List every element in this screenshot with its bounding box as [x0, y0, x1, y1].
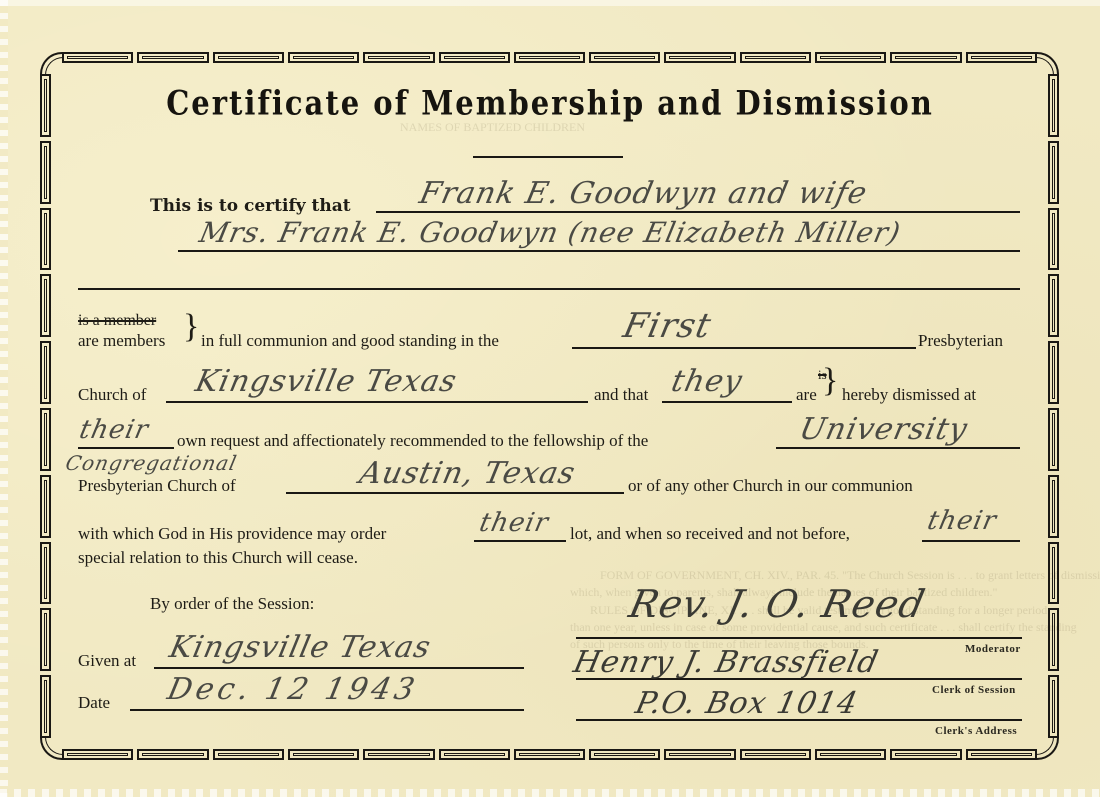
- receiving-location: Austin, Texas: [356, 456, 579, 491]
- pronoun-relation: their: [925, 506, 1000, 536]
- border-segment: [363, 749, 434, 760]
- border-segment: [40, 208, 51, 271]
- given-at-label: Given at: [78, 651, 136, 671]
- communion-tail-text: or of any other Church in our communion: [628, 476, 913, 496]
- brace-glyph: }: [822, 362, 838, 400]
- receiving-church-line[interactable]: [776, 447, 1020, 449]
- border-segment: [1048, 141, 1059, 204]
- border-segment: [439, 749, 510, 760]
- border-segment: [1048, 475, 1059, 538]
- communion-text: in full communion and good standing in t…: [201, 331, 499, 351]
- border-segment: [514, 749, 585, 760]
- border-segment: [740, 52, 811, 63]
- pronoun-relation-line[interactable]: [922, 540, 1020, 542]
- border-segment: [40, 675, 51, 738]
- border-segment: [40, 341, 51, 404]
- member-option-plural: are members: [78, 331, 165, 351]
- border-segment: [1048, 408, 1059, 471]
- pronoun-own-line[interactable]: [78, 447, 174, 449]
- border-segment: [40, 274, 51, 337]
- border-segment: [1048, 274, 1059, 337]
- pronoun-subject: they: [668, 364, 746, 399]
- border-segment: [815, 52, 886, 63]
- pronoun-lot: their: [477, 508, 552, 538]
- denomination-church-of-label: Presbyterian Church of: [78, 476, 236, 496]
- church-name: First: [620, 306, 715, 346]
- member-name-line-3[interactable]: [78, 288, 1020, 290]
- given-at-line[interactable]: [154, 667, 524, 669]
- receiving-location-line[interactable]: [286, 492, 624, 494]
- border-segment: [514, 52, 585, 63]
- pronoun-lot-line[interactable]: [474, 540, 566, 542]
- member-option-singular: is a member: [78, 312, 156, 330]
- church-location: Kingsville Texas: [192, 364, 460, 399]
- given-at-value: Kingsville Texas: [166, 630, 434, 665]
- providence-text: with which God in His providence may ord…: [78, 524, 386, 544]
- pronoun-line[interactable]: [662, 401, 792, 403]
- member-name-1: Frank E. Goodwyn and wife: [416, 176, 870, 211]
- member-name-line-1[interactable]: [376, 211, 1020, 213]
- verb-option-are: are: [796, 385, 817, 405]
- border-segment: [966, 52, 1037, 63]
- denomination-label: Presbyterian: [918, 331, 1003, 351]
- church-name-line[interactable]: [572, 347, 916, 349]
- border-segment: [40, 141, 51, 204]
- border-segment: [62, 52, 133, 63]
- border-segment: [966, 749, 1037, 760]
- perforated-edge-bottom: [0, 789, 1100, 797]
- border-segment: [40, 475, 51, 538]
- title-divider: [473, 156, 623, 158]
- date-label: Date: [78, 693, 110, 713]
- border-segment: [137, 749, 208, 760]
- border-segment: [890, 749, 961, 760]
- border-segment: [740, 749, 811, 760]
- border-segment: [664, 52, 735, 63]
- border-segment: [664, 749, 735, 760]
- border-segment: [363, 52, 434, 63]
- moderator-signature: Rev. J. O. Reed: [625, 582, 929, 626]
- border-segment: [815, 749, 886, 760]
- border-segment: [40, 542, 51, 605]
- border-segment: [589, 52, 660, 63]
- request-text: own request and affectionately recommend…: [177, 431, 648, 451]
- certify-label: This is to certify that: [150, 196, 351, 216]
- cease-text: special relation to this Church will cea…: [78, 548, 358, 568]
- clerk-signature: Henry J. Brassfield: [570, 645, 882, 680]
- moderator-label: Moderator: [965, 643, 1021, 655]
- border-segment: [288, 749, 359, 760]
- and-that-label: and that: [594, 385, 648, 405]
- border-segment: [213, 749, 284, 760]
- date-value: Dec. 12 1943: [164, 672, 421, 707]
- border-segment: [1048, 675, 1059, 738]
- certificate-title: Certificate of Membership and Dismission: [0, 83, 1100, 122]
- border-segment: [40, 608, 51, 671]
- border-segment: [213, 52, 284, 63]
- border-segment: [1048, 341, 1059, 404]
- border-segment: [1048, 608, 1059, 671]
- church-of-label: Church of: [78, 385, 146, 405]
- dismissed-text: hereby dismissed at: [842, 385, 976, 405]
- church-location-line[interactable]: [166, 401, 588, 403]
- border-segment: [1048, 208, 1059, 271]
- brace-glyph: }: [183, 308, 199, 346]
- session-order-label: By order of the Session:: [150, 594, 314, 614]
- border-segment: [890, 52, 961, 63]
- clerk-label: Clerk of Session: [932, 684, 1016, 696]
- paper-edge: [0, 0, 1100, 6]
- border-segment: [137, 52, 208, 63]
- border-segment: [589, 749, 660, 760]
- clerk-address-label: Clerk's Address: [935, 725, 1017, 737]
- pronoun-own: their: [77, 415, 152, 445]
- receiving-church-name: University: [796, 412, 971, 447]
- border-segment: [439, 52, 510, 63]
- moderator-line[interactable]: [576, 637, 1022, 639]
- border-segment: [288, 52, 359, 63]
- denomination-correction: Congregational: [63, 451, 239, 475]
- lot-text: lot, and when so received and not before…: [570, 524, 850, 544]
- clerk-address: P.O. Box 1014: [632, 686, 861, 721]
- border-segment: [62, 749, 133, 760]
- member-name-line-2[interactable]: [178, 250, 1020, 252]
- member-name-2: Mrs. Frank E. Goodwyn (nee Elizabeth Mil…: [196, 216, 903, 249]
- date-line[interactable]: [130, 709, 524, 711]
- border-segment: [40, 408, 51, 471]
- border-segment: [1048, 542, 1059, 605]
